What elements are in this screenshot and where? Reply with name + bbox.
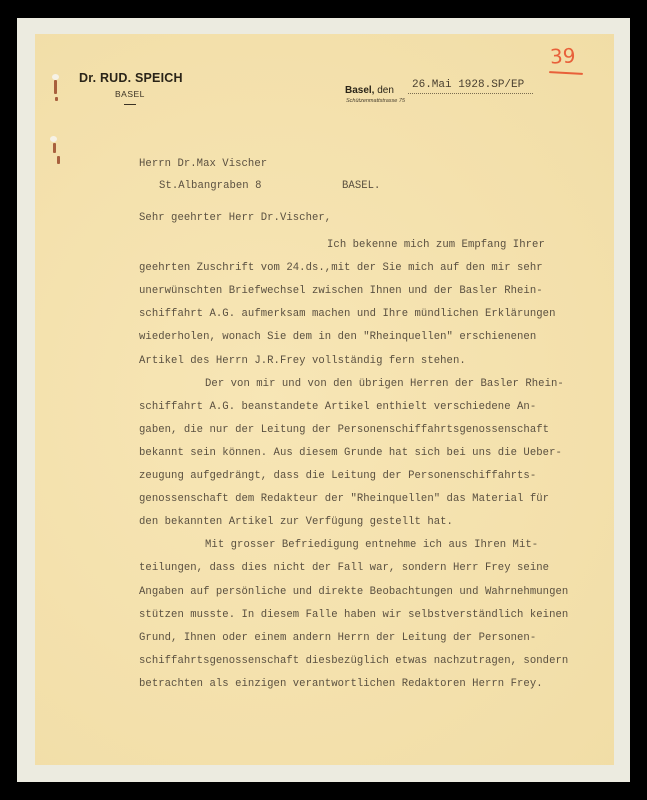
body-line: schiffahrtsgenossenschaft diesbezüglich … [139,655,568,667]
body-line: stützen musste. In diesem Falle haben wi… [139,609,568,621]
body-line: geehrten Zuschrift vom 24.ds.,mit der Si… [139,262,543,274]
dateline-place: Basel, den [345,85,394,96]
body-line: zeugung aufgedrängt, dass die Leitung de… [139,470,536,482]
body-line: Der von mir und von den übrigen Herren d… [205,378,564,390]
sender-street: Schützenmattstrasse 75 [346,98,405,104]
body-line: Artikel des Herrn J.R.Frey vollständig f… [139,355,466,367]
rust-mark [57,156,60,164]
body-line: schiffahrt A.G. aufmerksam machen und Ih… [139,308,555,320]
body-line: Grund, Ihnen oder einem andern Herrn der… [139,632,536,644]
body-line: Mit grosser Befriedigung entnehme ich au… [205,539,538,551]
letter-date: 26.Mai 1928.SP/EP [412,79,524,91]
letterhead-name: Dr. RUD. SPEICH [79,71,183,85]
address-name: Herrn Dr.Max Vischer [139,158,267,170]
punch-hole [50,136,57,142]
date-dotted-line [408,93,533,94]
body-line: den bekannten Artikel zur Verfügung gest… [139,516,453,528]
body-line: teilungen, dass dies nicht der Fall war,… [139,562,549,574]
body-line: schiffahrt A.G. beanstandete Artikel ent… [139,401,536,413]
archive-number: 39 [549,43,576,68]
body-line: betrachten als einzigen verantwortlichen… [139,678,543,690]
body-line: gaben, die nur der Leitung der Personens… [139,424,549,436]
rust-mark [54,80,57,94]
body-line: genossenschaft dem Redakteur der "Rheinq… [139,493,549,505]
body-line: unerwünschten Briefwechsel zwischen Ihne… [139,285,543,297]
letterhead-rule [124,104,136,105]
rust-mark [53,143,56,153]
body-line: Ich bekenne mich zum Empfang Ihrer [327,239,545,251]
body-line: bekannt sein können. Aus diesem Grunde h… [139,447,562,459]
letterhead-city: BASEL [115,89,145,99]
body-line: Angaben auf persönliche und direkte Beob… [139,586,568,598]
rust-mark [55,97,58,101]
salutation: Sehr geehrter Herr Dr.Vischer, [139,212,331,224]
address-street: St.Albangraben 8 [159,180,262,192]
address-city: BASEL. [342,180,380,192]
body-line: wiederholen, wonach Sie dem in den "Rhei… [139,331,536,343]
